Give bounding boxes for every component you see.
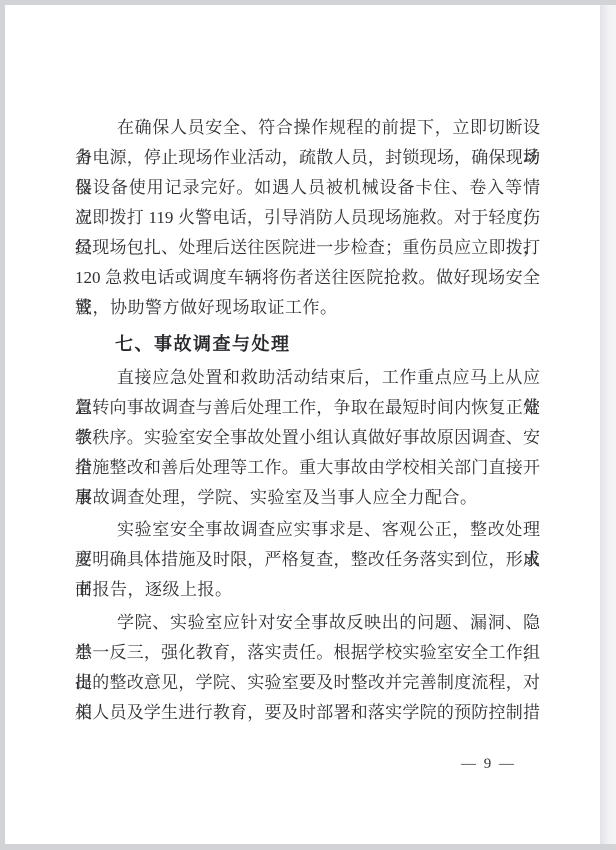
page-number: — 9 — bbox=[75, 754, 540, 774]
text-line: 120 急救电话或调度车辆将伤者送往医院抢救。做好现场安全警 bbox=[75, 263, 540, 293]
text-line: 应明确具体措施及时限，严格复查，整改任务落实到位，形成书 bbox=[75, 545, 540, 575]
text-line: 直接应急处置和救助活动结束后，工作重点应马上从应急处 bbox=[75, 363, 540, 393]
page-content: 在确保人员安全、符合操作规程的前提下，立即切断设备动 力电源，停止现场作业活动，… bbox=[75, 113, 540, 774]
section-heading: 七、事故调查与处理 bbox=[75, 329, 540, 359]
text-line: 力电源，停止现场作业活动，疏散人员，封锁现场，确保现场仪 bbox=[75, 143, 540, 173]
text-line: 学秩序。实验室安全事故处置小组认真做好事故原因调查、安全 bbox=[75, 423, 540, 453]
paragraph-investigation: 直接应急处置和救助活动结束后，工作重点应马上从应急处 置转向事故调查与善后处理工… bbox=[75, 363, 540, 513]
text-line: 措施整改和善后处理等工作。重大事故由学校相关部门直接开展 bbox=[75, 453, 540, 483]
text-line: 置转向事故调查与善后处理工作，争取在最短时间内恢复正常教 bbox=[75, 393, 540, 423]
text-line: 面报告，逐级上报。 bbox=[75, 575, 540, 605]
scan-background: 在确保人员安全、符合操作规程的前提下，立即切断设备动 力电源，停止现场作业活动，… bbox=[0, 0, 616, 850]
paragraph-emergency-response: 在确保人员安全、符合操作规程的前提下，立即切断设备动 力电源，停止现场作业活动，… bbox=[75, 113, 540, 323]
text-line: 经现场包扎、处理后送往医院进一步检查；重伤员应立即拨打 bbox=[75, 233, 540, 263]
text-line: 实验室安全事故调查应实事求是、客观公正，整改处理要求 bbox=[75, 515, 540, 545]
text-line: 出的整改意见，学院、实验室要及时整改并完善制度流程，对相 bbox=[75, 668, 540, 698]
text-line: 举一反三，强化教育，落实责任。根据学校实验室安全工作组提 bbox=[75, 638, 540, 668]
text-line: 学院、实验室应针对安全事故反映出的问题、漏洞、隐患， bbox=[75, 608, 540, 638]
text-line: 器设备使用记录完好。如遇人员被机械设备卡住、卷入等情况， bbox=[75, 173, 540, 203]
text-line: 戒，协助警方做好现场取证工作。 bbox=[75, 293, 540, 323]
text-line: 在确保人员安全、符合操作规程的前提下，立即切断设备动 bbox=[75, 113, 540, 143]
text-line: 事故调查处理，学院、实验室及当事人应全力配合。 bbox=[75, 483, 540, 513]
page-right-edge-shadow bbox=[600, 5, 616, 844]
paragraph-education: 学院、实验室应针对安全事故反映出的问题、漏洞、隐患， 举一反三，强化教育，落实责… bbox=[75, 608, 540, 728]
text-line: 立即拨打 119 火警电话，引导消防人员现场施救。对于轻度伤员， bbox=[75, 203, 540, 233]
paragraph-rectification: 实验室安全事故调查应实事求是、客观公正，整改处理要求 应明确具体措施及时限，严格… bbox=[75, 515, 540, 605]
document-page: 在确保人员安全、符合操作规程的前提下，立即切断设备动 力电源，停止现场作业活动，… bbox=[5, 5, 600, 844]
text-line: 关人员及学生进行教育，要及时部署和落实学院的预防控制措 bbox=[75, 698, 540, 728]
